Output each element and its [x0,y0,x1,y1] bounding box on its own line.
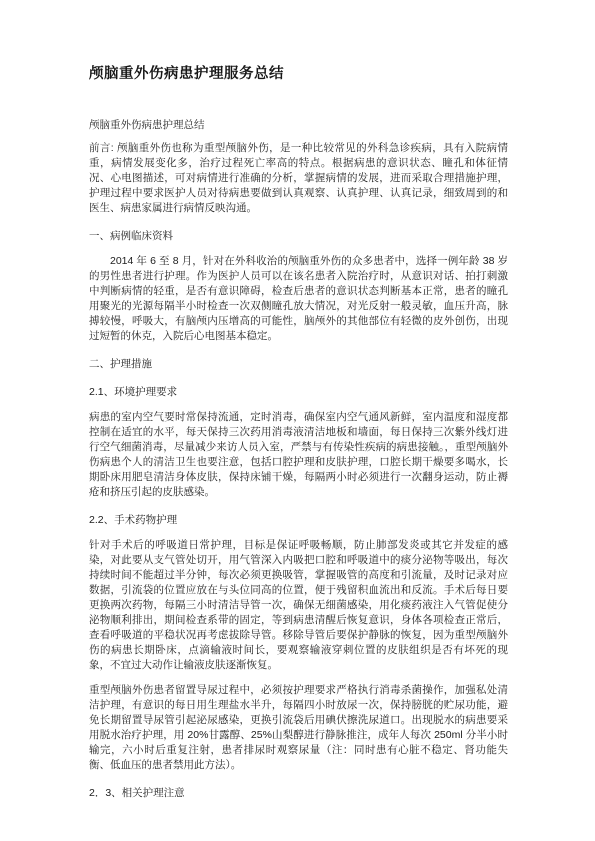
document-subtitle: 颅脑重外伤病患护理总结 [89,118,508,132]
paragraph: 重型颅脑外伤患者留置导尿过程中，必须按护理要求严格执行消毒杀菌操作，加强私处清洁… [89,683,508,773]
document-title: 颅脑重外伤病患护理服务总结 [89,64,508,84]
document-page: 颅脑重外伤病患护理服务总结 颅脑重外伤病患护理总结 前言: 颅脑重外伤也称为重型… [0,0,595,841]
paragraph: 2014 年 6 至 8 月，针对在外科收治的颅脑重外伤的众多患者中，选择一例年… [89,254,508,344]
paragraph: 针对手术后的呼吸道日常护理，目标是保证呼吸畅顺，防止肺部发炎或其它并发症的感染，… [89,538,508,673]
section-heading: 一、病例临床资料 [89,229,508,244]
section-heading: 2.2、手术药物护理 [89,513,508,528]
section-heading: 二、护理措施 [89,357,508,372]
document-body: 前言: 颅脑重外伤也称为重型颅脑外伤，是一种比较常见的外科急诊疾病，具有入院病情… [89,141,508,801]
paragraph: 病患的室内空气要时常保持流通，定时消毒，确保室内空气通风新鲜，室内温度和湿度都控… [89,410,508,500]
section-heading: 2.1、环境护理要求 [89,385,508,400]
section-heading: 2．3、相关护理注意 [89,786,508,801]
paragraph: 前言: 颅脑重外伤也称为重型颅脑外伤，是一种比较常见的外科急诊疾病，具有入院病情… [89,141,508,216]
